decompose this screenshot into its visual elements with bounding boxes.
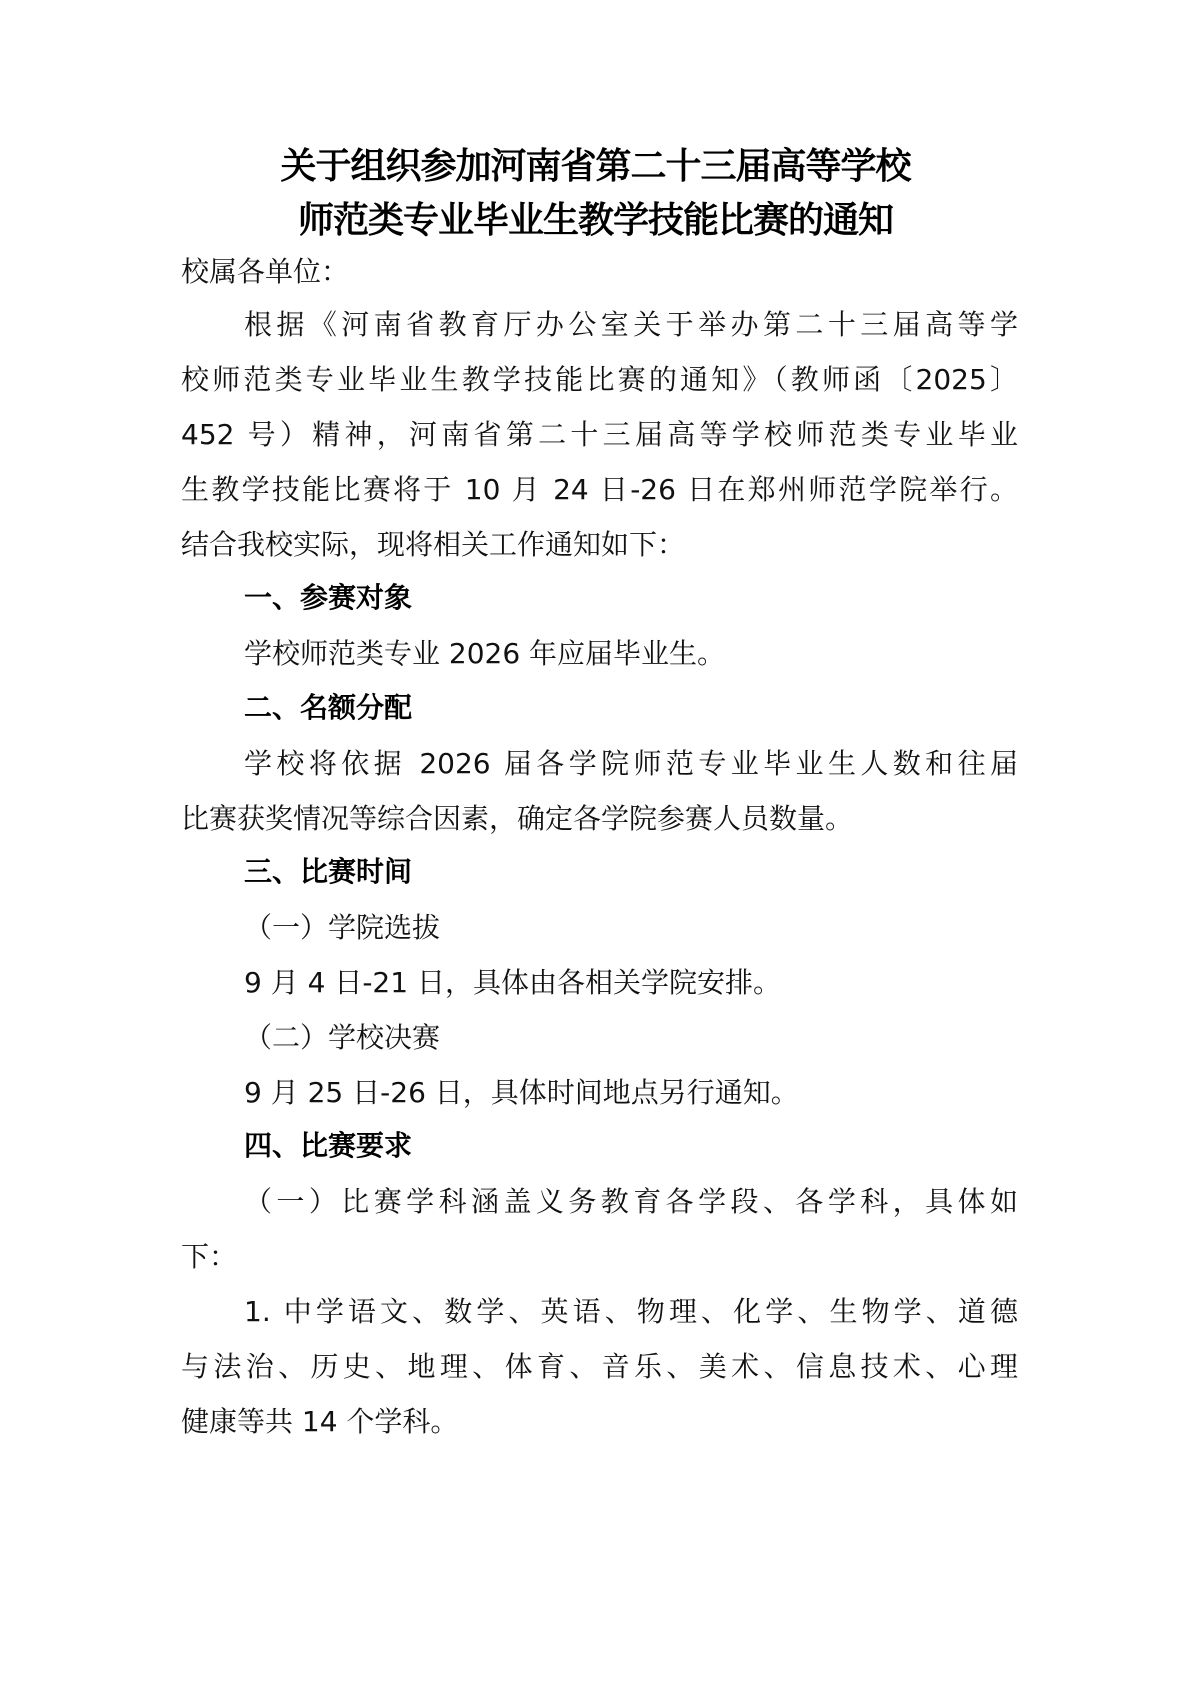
document-title-line-1: 关于组织参加河南省第二十三届高等学校: [0, 146, 1191, 186]
subsection-3-1-text: 9 月 4 日-21 日，具体由各相关学院安排。: [244, 967, 1081, 999]
salutation: 校属各单位：: [181, 256, 1018, 288]
item-1-line-2: 与法治、历史、地理、体育、音乐、美术、信息技术、心理: [181, 1351, 1018, 1383]
item-1-line-1: 1. 中学语文、数学、英语、物理、化学、生物学、道德: [244, 1296, 1018, 1328]
section-2-line-1: 学校将依据 2026 届各学院师范专业毕业生人数和往届: [244, 748, 1018, 780]
intro-line-4: 生教学技能比赛将于 10 月 24 日-26 日在郑州师范学院举行。: [181, 474, 1018, 506]
section-2-line-2: 比赛获奖情况等综合因素，确定各学院参赛人员数量。: [181, 803, 1018, 835]
subsection-3-2-heading: （二）学校决赛: [244, 1022, 1081, 1054]
section-heading-4: 四、比赛要求: [244, 1130, 412, 1162]
subsection-3-1-heading: （一）学院选拔: [244, 912, 1081, 944]
item-1-line-3: 健康等共 14 个学科。: [181, 1406, 1018, 1438]
intro-line-5: 结合我校实际，现将相关工作通知如下：: [181, 529, 1018, 561]
document-title-line-2: 师范类专业毕业生教学技能比赛的通知: [0, 200, 1191, 240]
section-heading-2: 二、名额分配: [244, 692, 412, 724]
subsection-4-1-line-1: （一）比赛学科涵盖义务教育各学段、各学科，具体如: [244, 1186, 1018, 1218]
intro-line-1: 根据《河南省教育厅办公室关于举办第二十三届高等学: [244, 309, 1018, 341]
intro-line-3: 452 号）精神，河南省第二十三届高等学校师范类专业毕业: [181, 419, 1018, 451]
document-page: 关于组织参加河南省第二十三届高等学校 师范类专业毕业生教学技能比赛的通知 校属各…: [0, 0, 1191, 1684]
subsection-3-2-text: 9 月 25 日-26 日，具体时间地点另行通知。: [244, 1077, 1081, 1109]
intro-line-2: 校师范类专业毕业生教学技能比赛的通知》（教师函〔2025〕: [181, 364, 1018, 396]
section-1-text: 学校师范类专业 2026 年应届毕业生。: [244, 638, 1081, 670]
subsection-4-1-line-2: 下：: [181, 1241, 1018, 1273]
section-heading-3: 三、比赛时间: [244, 856, 412, 888]
section-heading-1: 一、参赛对象: [244, 582, 412, 614]
